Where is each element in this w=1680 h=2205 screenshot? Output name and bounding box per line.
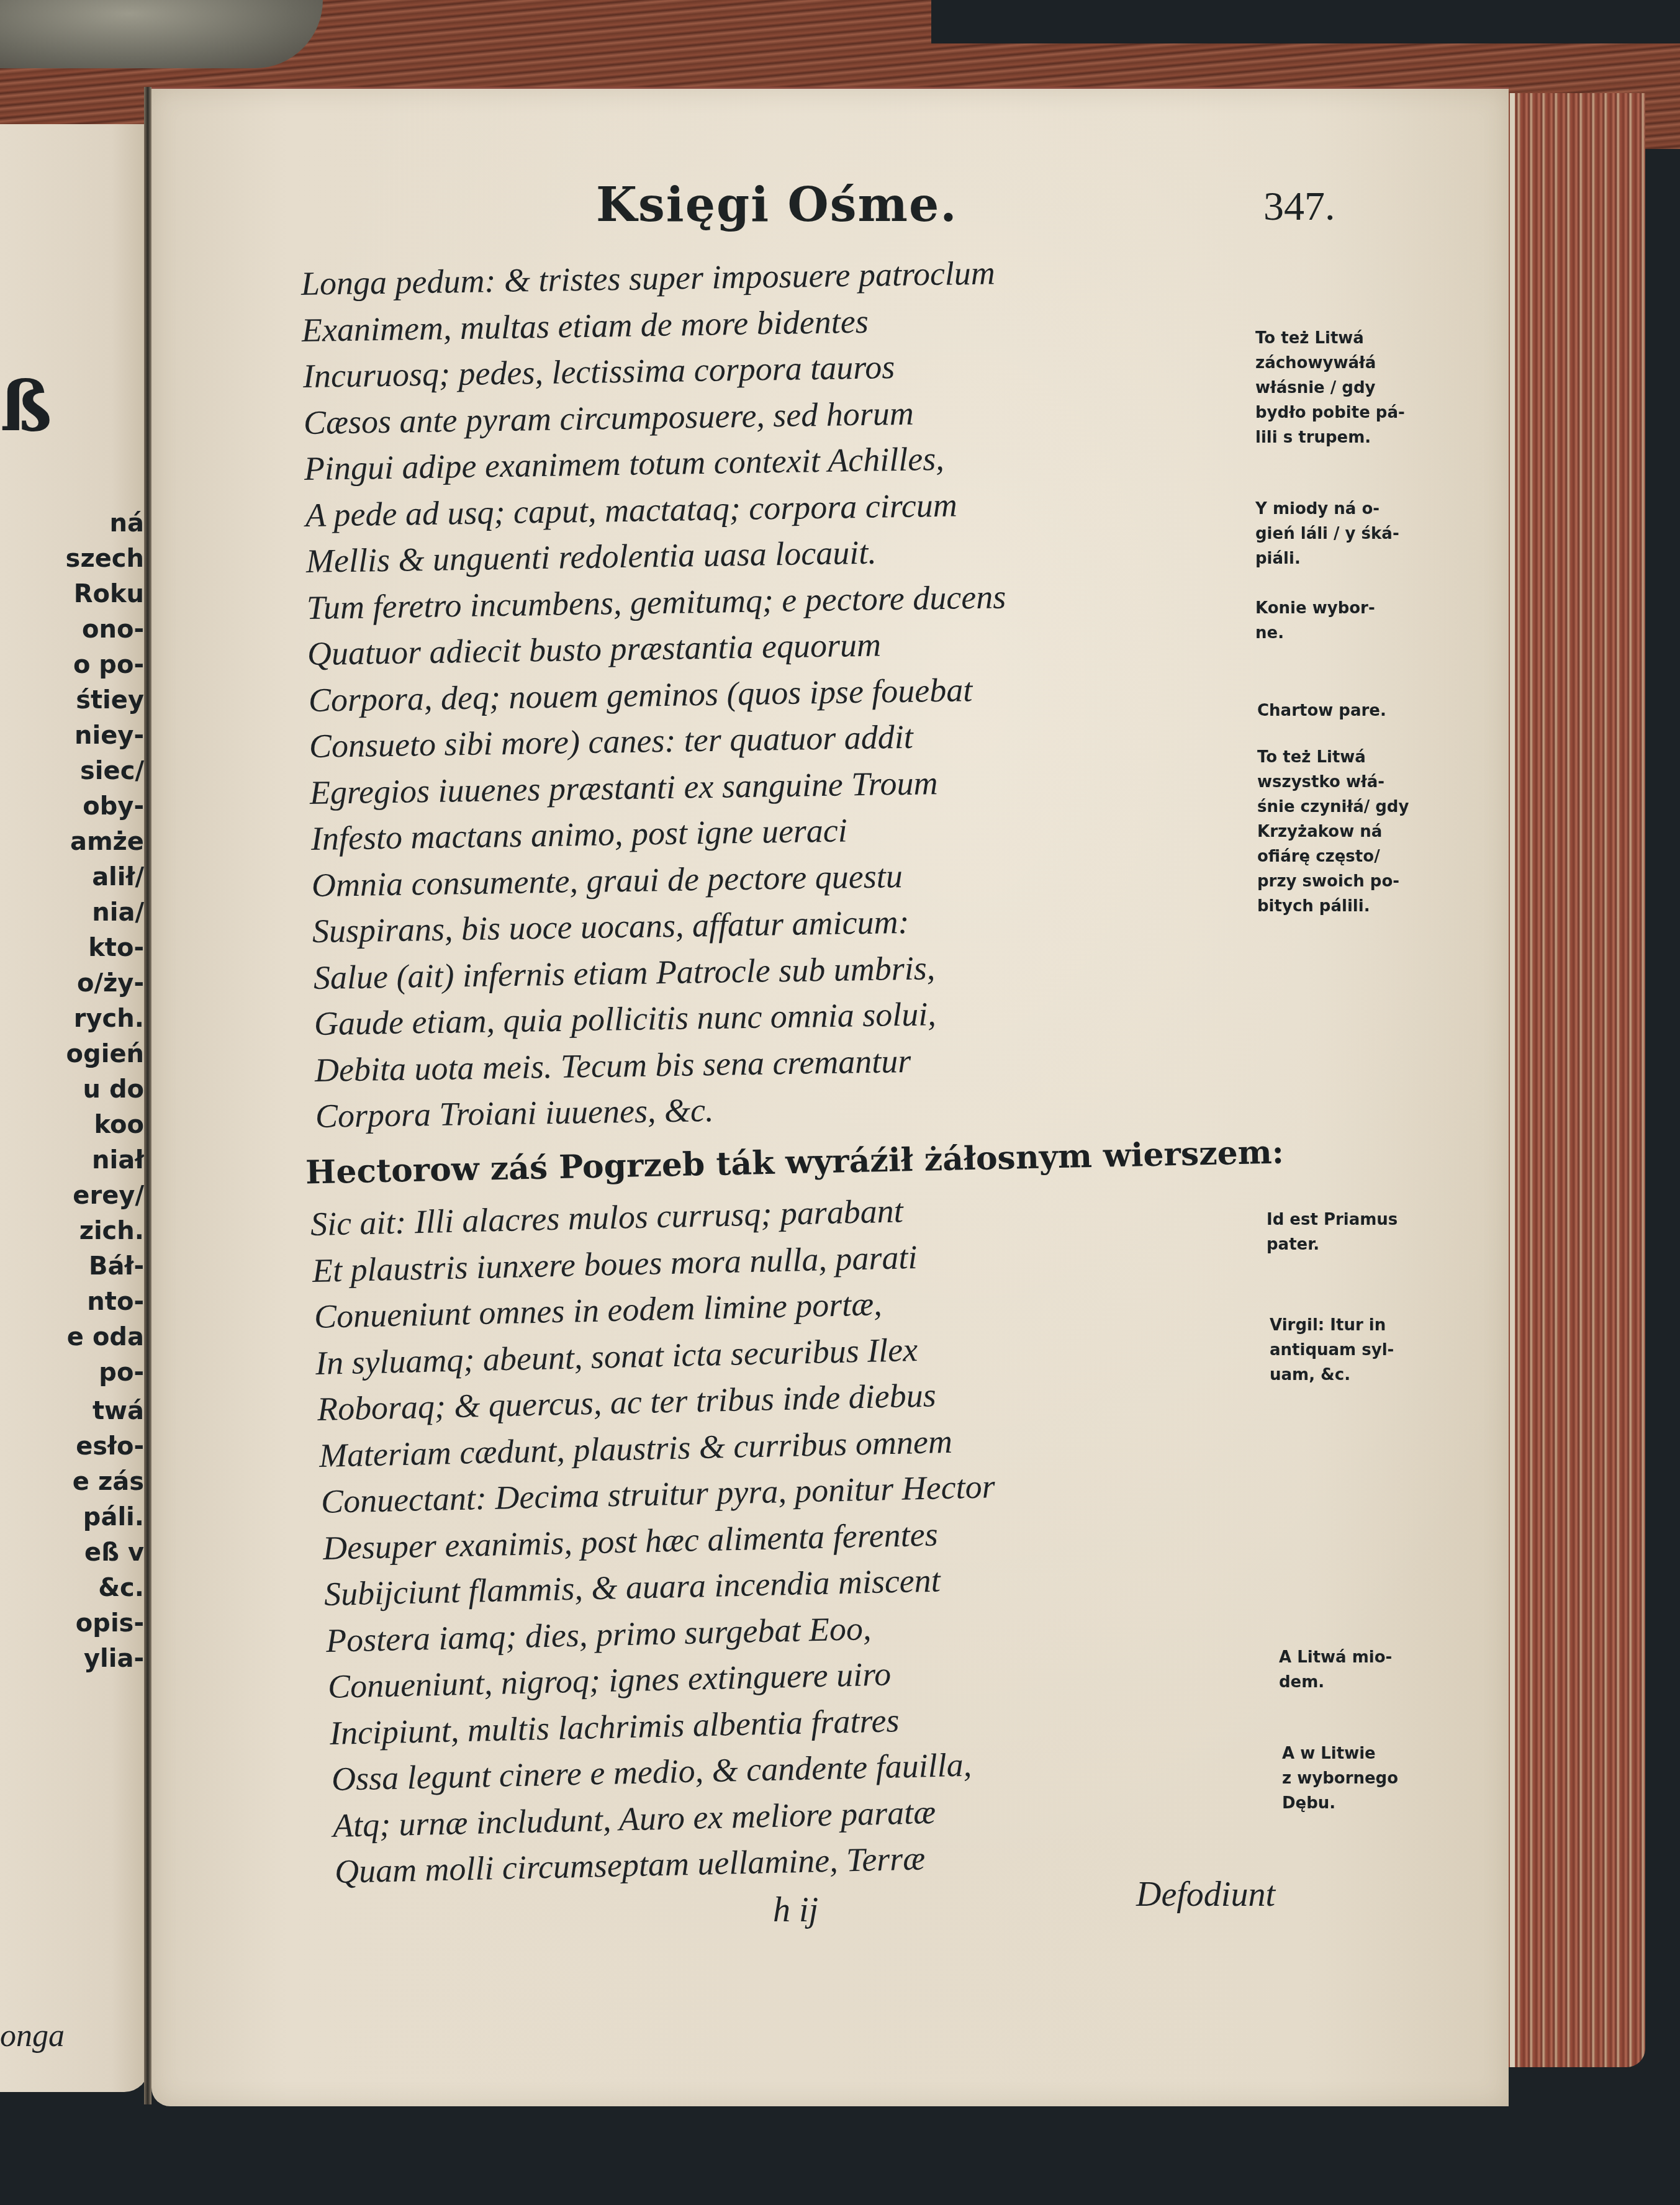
margin-note: To też Litwá záchowywáłá włásnie / gdy b… bbox=[1255, 326, 1405, 450]
book-gutter bbox=[144, 87, 151, 2104]
margin-note: Chartow pare. bbox=[1257, 698, 1386, 723]
margin-note: A Litwá mio- dem. bbox=[1279, 1645, 1392, 1695]
margin-note: Id est Priamus pater. bbox=[1267, 1207, 1398, 1257]
margin-note: Virgil: Itur in antiquam syl- uam, &c. bbox=[1270, 1313, 1394, 1387]
page-number: 347. bbox=[1263, 183, 1335, 230]
margin-note: Y miody ná o- gień láli / y śká- piáli. bbox=[1255, 497, 1399, 571]
verse-line: Exanimem, multas etiam de more bidentes bbox=[302, 298, 869, 353]
running-head: Księgi Ośme. bbox=[596, 177, 958, 232]
verse-line: Infesto mactans animo, post igne ueraci bbox=[310, 807, 847, 862]
book-fore-edge bbox=[1509, 93, 1645, 2067]
book-headband bbox=[0, 0, 323, 68]
margin-note: A w Litwie z wybornego Dębu. bbox=[1282, 1741, 1398, 1816]
catchword: Defodiunt bbox=[1136, 1875, 1275, 1914]
verse-line: Gaude etiam, quia pollicitis nunc omnia … bbox=[314, 991, 936, 1047]
signature-mark: h ij bbox=[773, 1890, 818, 1930]
left-page-text-fragments: ná szech Roku ono- o po- śtiey niey- sie… bbox=[0, 506, 144, 1391]
verse-line: Omnia consumente, graui de pectore quest… bbox=[311, 853, 903, 908]
left-page-catchword: onga bbox=[0, 2018, 65, 2054]
verse-line: Corpora Troiani iuuenes, &c. bbox=[315, 1087, 715, 1139]
margin-note: To też Litwá wszystko włá- śnie czyniłá/… bbox=[1257, 745, 1409, 919]
verse-line: Consueto sibi more) canes: ter quatuor a… bbox=[309, 714, 913, 769]
backdrop bbox=[931, 0, 1680, 43]
verse-line: Quatuor adiecit busto præstantia equorum bbox=[307, 621, 882, 677]
verse-line: Mellis & unguenti redolentia uasa locaui… bbox=[305, 530, 877, 584]
margin-note: Konie wybor- ne. bbox=[1255, 596, 1375, 646]
verse-line: Debita uota meis. Tecum bis sena cremant… bbox=[315, 1037, 911, 1093]
verse-line: Suspirans, bis uoce uocans, affatur amic… bbox=[312, 899, 910, 954]
verse-line: Incuruosq; pedes, lectissima corpora tau… bbox=[302, 344, 895, 399]
left-page: ß ná szech Roku ono- o po- śtiey niey- s… bbox=[0, 124, 149, 2092]
left-page-initial-fragment: ß bbox=[0, 366, 52, 446]
left-page-text-fragments-lower: twá esło- e zás páli. eß v &c. opis- yli… bbox=[0, 1394, 144, 1677]
